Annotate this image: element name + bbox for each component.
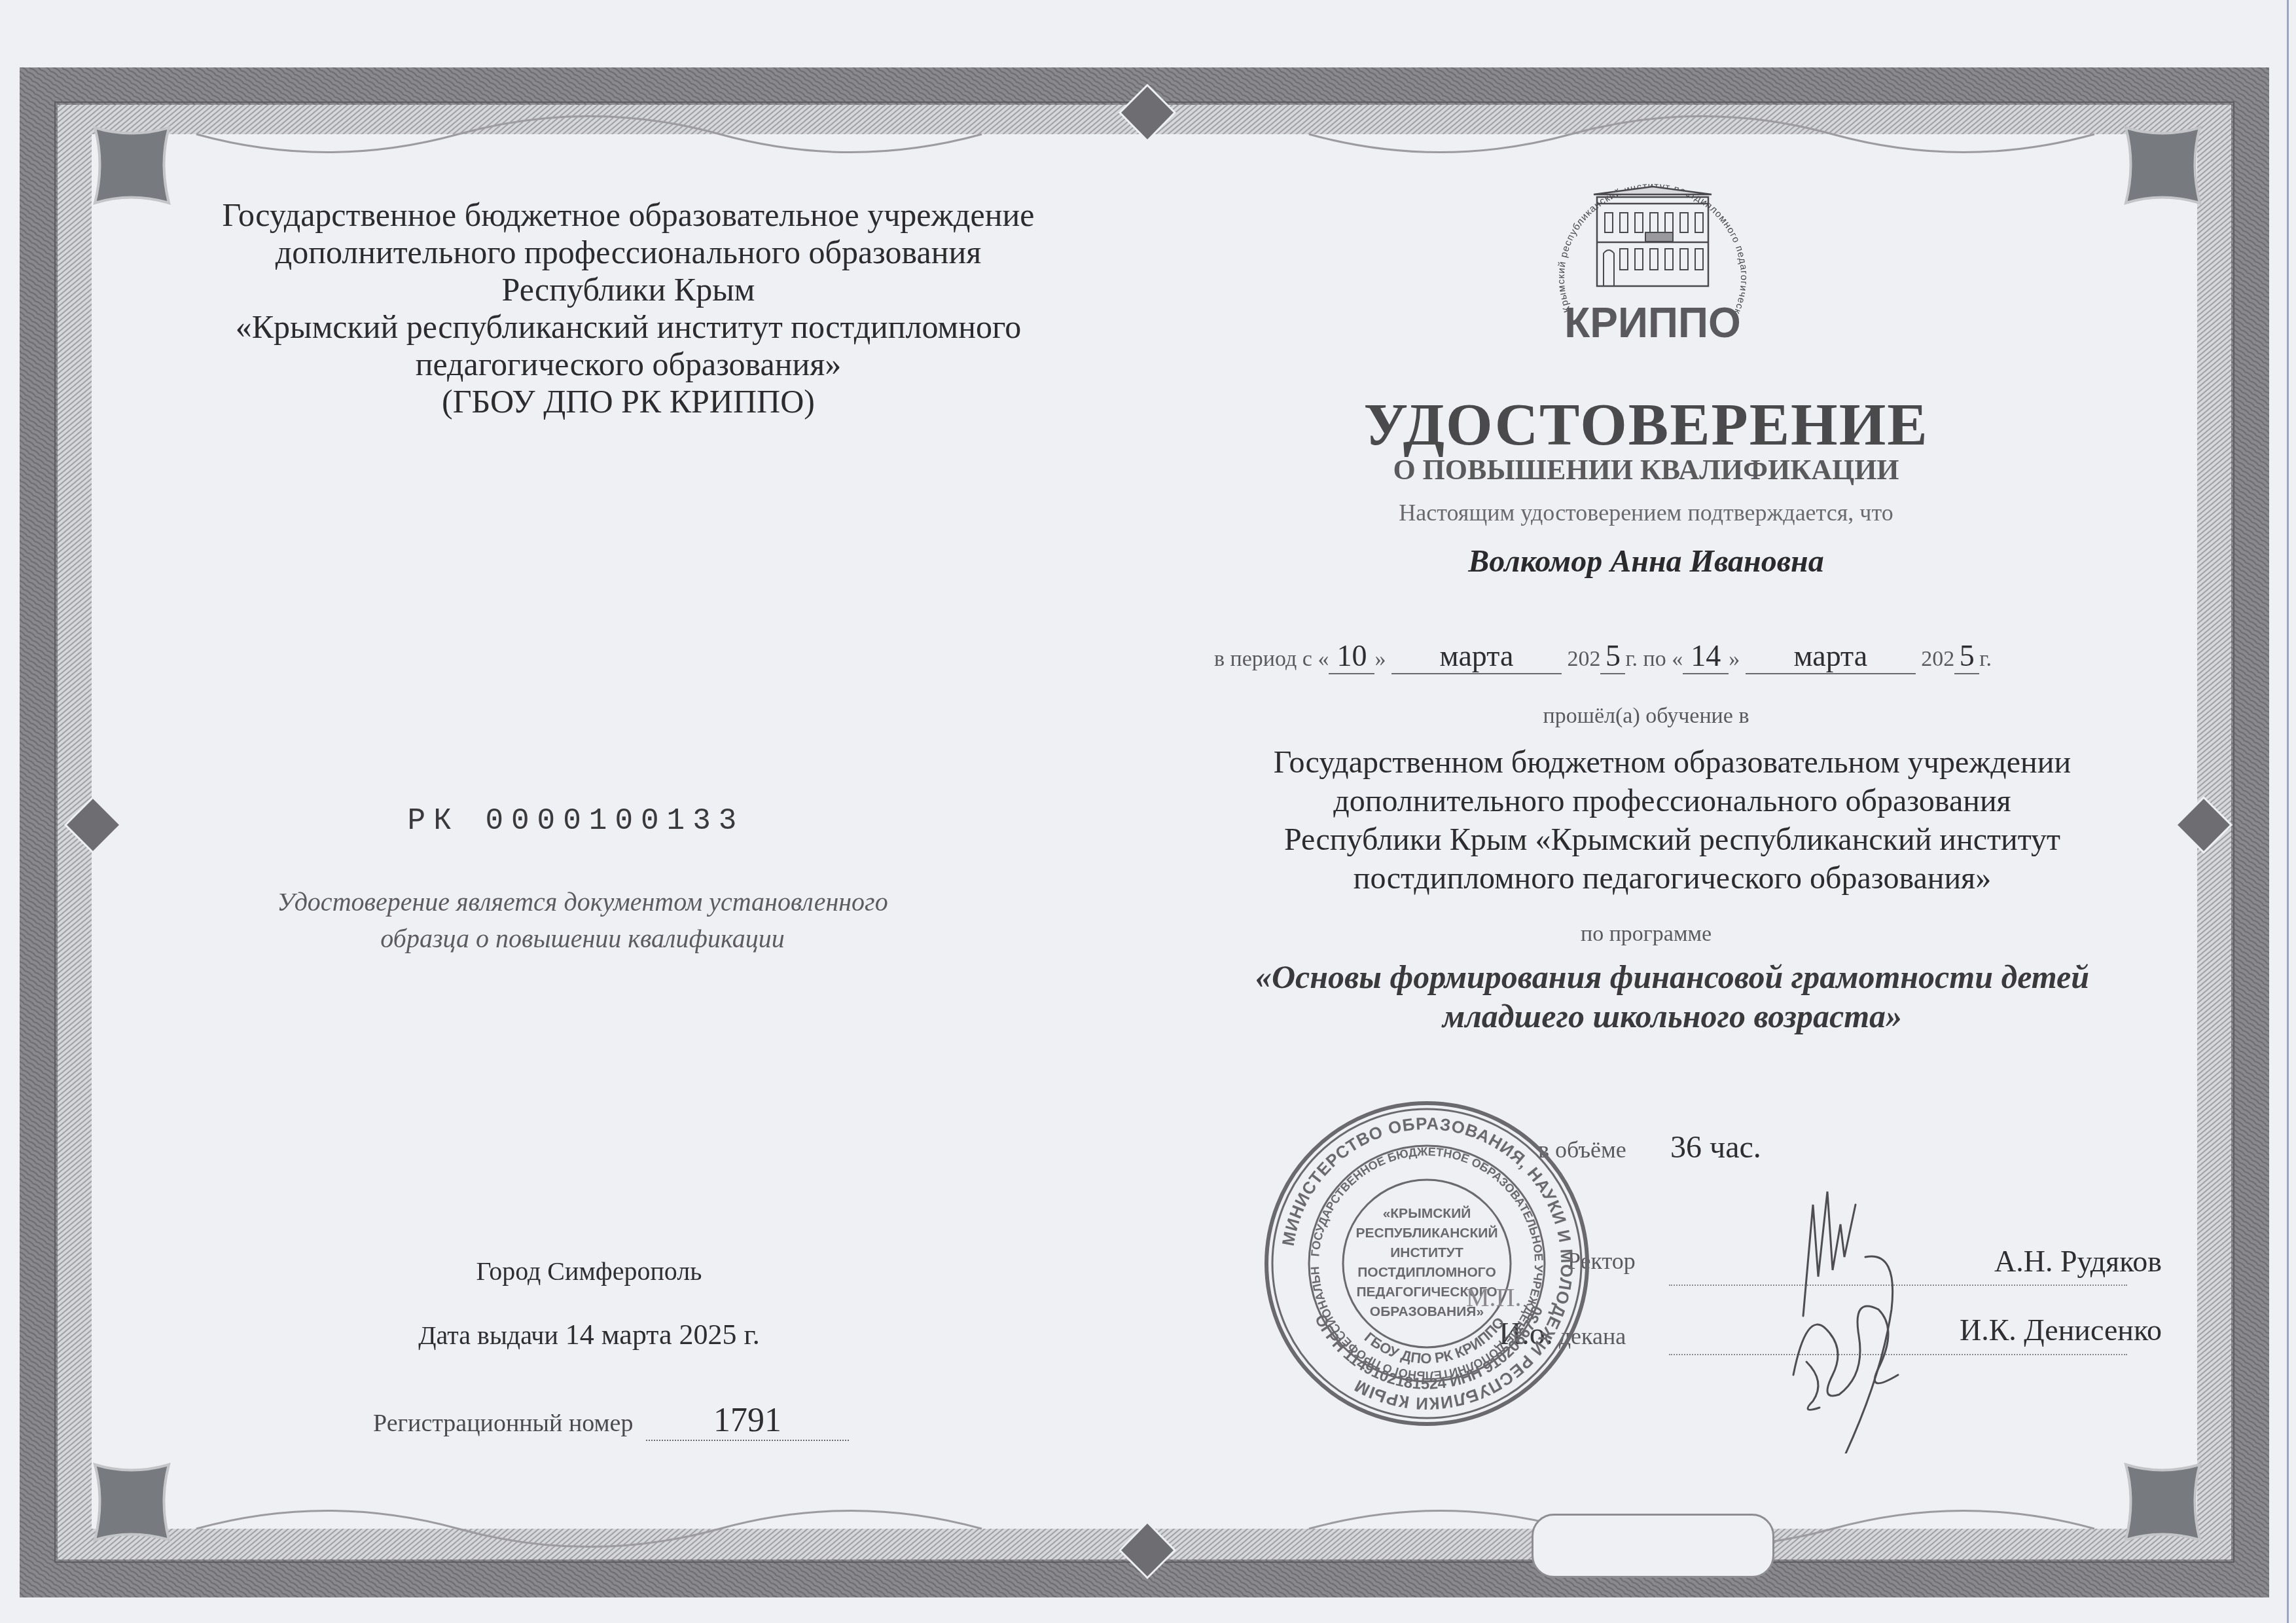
from-month: марта — [1391, 638, 1562, 674]
from-year-digit: 5 — [1600, 638, 1625, 674]
header-line: педагогического образования» — [157, 346, 1100, 383]
note-line: Удостоверение является документом устано… — [183, 884, 982, 921]
issue-date: Дата выдачи 14 марта 2025 г. — [367, 1318, 812, 1351]
passed-training-text: прошёл(а) обучение в — [1296, 704, 1996, 729]
rector-name: А.Н. Рудяков — [1994, 1244, 2162, 1279]
confirmation-text: Настоящим удостоверением подтверждается,… — [1296, 499, 1996, 526]
year-suffix: г. — [1625, 647, 1638, 671]
stamp-center-line: «КРЫМСКИЙ — [1383, 1205, 1471, 1221]
year-prefix: 202 — [1567, 647, 1600, 671]
header-line: дополнительного профессионального образо… — [157, 234, 1100, 271]
note-line: образца о повышении квалификации — [183, 921, 982, 957]
org-line: постдипломного педагогического образован… — [1198, 859, 2147, 898]
header-line: «Крымский республиканский институт постд… — [157, 308, 1100, 346]
person-name: Волкомор Анна Ивановна — [1296, 543, 1996, 579]
to-month: марта — [1746, 638, 1916, 674]
official-stamp: МИНИСТЕРСТВО ОБРАЗОВАНИЯ, НАУКИ И МОЛОДЕ… — [1260, 1097, 1594, 1431]
handwritten-signature — [1767, 1178, 1937, 1453]
institution-header: Государственное бюджетное образовательно… — [157, 196, 1100, 420]
period-prefix: в период с — [1214, 647, 1312, 671]
org-line: Государственном бюджетном образовательно… — [1198, 743, 2147, 782]
document-note: Удостоверение является документом устано… — [183, 884, 982, 957]
document-title: УДОСТОВЕРЕНИЕ — [1296, 390, 1996, 459]
to-year-digit: 5 — [1954, 638, 1979, 674]
volume-value: 36 час. — [1670, 1129, 1761, 1165]
program-label: по программе — [1296, 922, 1996, 947]
dean-name: И.К. Денисенко — [1960, 1313, 2162, 1347]
stamp-outer-text: МИНИСТЕРСТВО ОБРАЗОВАНИЯ, НАУКИ И МОЛОДЕ… — [1278, 1114, 1577, 1413]
program-line: «Основы формирования финансовой грамотно… — [1198, 957, 2147, 996]
page-edge-line — [2287, 0, 2289, 1623]
quote-open: « — [1318, 647, 1329, 671]
logo-ring-text: Крымский республиканский институт постди… — [1532, 141, 1749, 316]
seal-placeholder-label: М.П. — [1466, 1282, 1521, 1313]
stamp-center-line: ПОСТДИПЛОМНОГО — [1357, 1265, 1496, 1280]
year-prefix: 202 — [1921, 647, 1954, 671]
issue-city: Город Симферополь — [367, 1256, 812, 1286]
series-number: РК 0000100133 — [216, 804, 936, 838]
organization-name: Государственном бюджетном образовательно… — [1198, 743, 2147, 898]
org-line: Республики Крым «Крымский республикански… — [1198, 820, 2147, 859]
header-line: Государственное бюджетное образовательно… — [157, 196, 1100, 234]
issue-date-label: Дата выдачи — [418, 1321, 558, 1350]
program-line: младшего школьного возраста» — [1198, 996, 2147, 1036]
quote-close: » — [1374, 647, 1386, 671]
program-name: «Основы формирования финансовой грамотно… — [1198, 957, 2147, 1036]
training-period: в период с «10» марта 2025г. по «14» мар… — [1214, 638, 2144, 674]
reg-number-label: Регистрационный номер — [373, 1410, 633, 1437]
issue-date-value: 14 марта 2025 г. — [565, 1319, 760, 1351]
institute-logo: Крымский республиканский институт постди… — [1532, 141, 1774, 357]
svg-text:МИНИСТЕРСТВО ОБРАЗОВАНИЯ, НАУК: МИНИСТЕРСТВО ОБРАЗОВАНИЯ, НАУКИ И МОЛОДЕ… — [1278, 1114, 1577, 1413]
reg-number-value: 1791 — [646, 1401, 849, 1441]
from-day: 10 — [1329, 638, 1374, 674]
registration-number: Регистрационный номер 1791 — [373, 1401, 897, 1441]
blank-number-field — [1532, 1514, 1774, 1578]
svg-text:Крымский республиканский инсти: Крымский республиканский институт постди… — [1532, 141, 1749, 316]
stamp-center-line: ИНСТИТУТ — [1390, 1245, 1463, 1260]
quote-close: » — [1729, 647, 1740, 671]
stamp-center-line: РЕСПУБЛИКАНСКИЙ — [1355, 1225, 1498, 1241]
quote-open: « — [1672, 647, 1683, 671]
to-day: 14 — [1683, 638, 1729, 674]
to-label: по — [1643, 647, 1666, 671]
logo-abbreviation: КРИППО — [1564, 299, 1741, 346]
header-line: (ГБОУ ДПО РК КРИППО) — [157, 383, 1100, 420]
year-suffix: г. — [1979, 647, 1992, 671]
org-line: дополнительного профессионального образо… — [1198, 782, 2147, 820]
document-subtitle: О ПОВЫШЕНИИ КВАЛИФИКАЦИИ — [1296, 453, 1996, 486]
header-line: Республики Крым — [157, 271, 1100, 308]
